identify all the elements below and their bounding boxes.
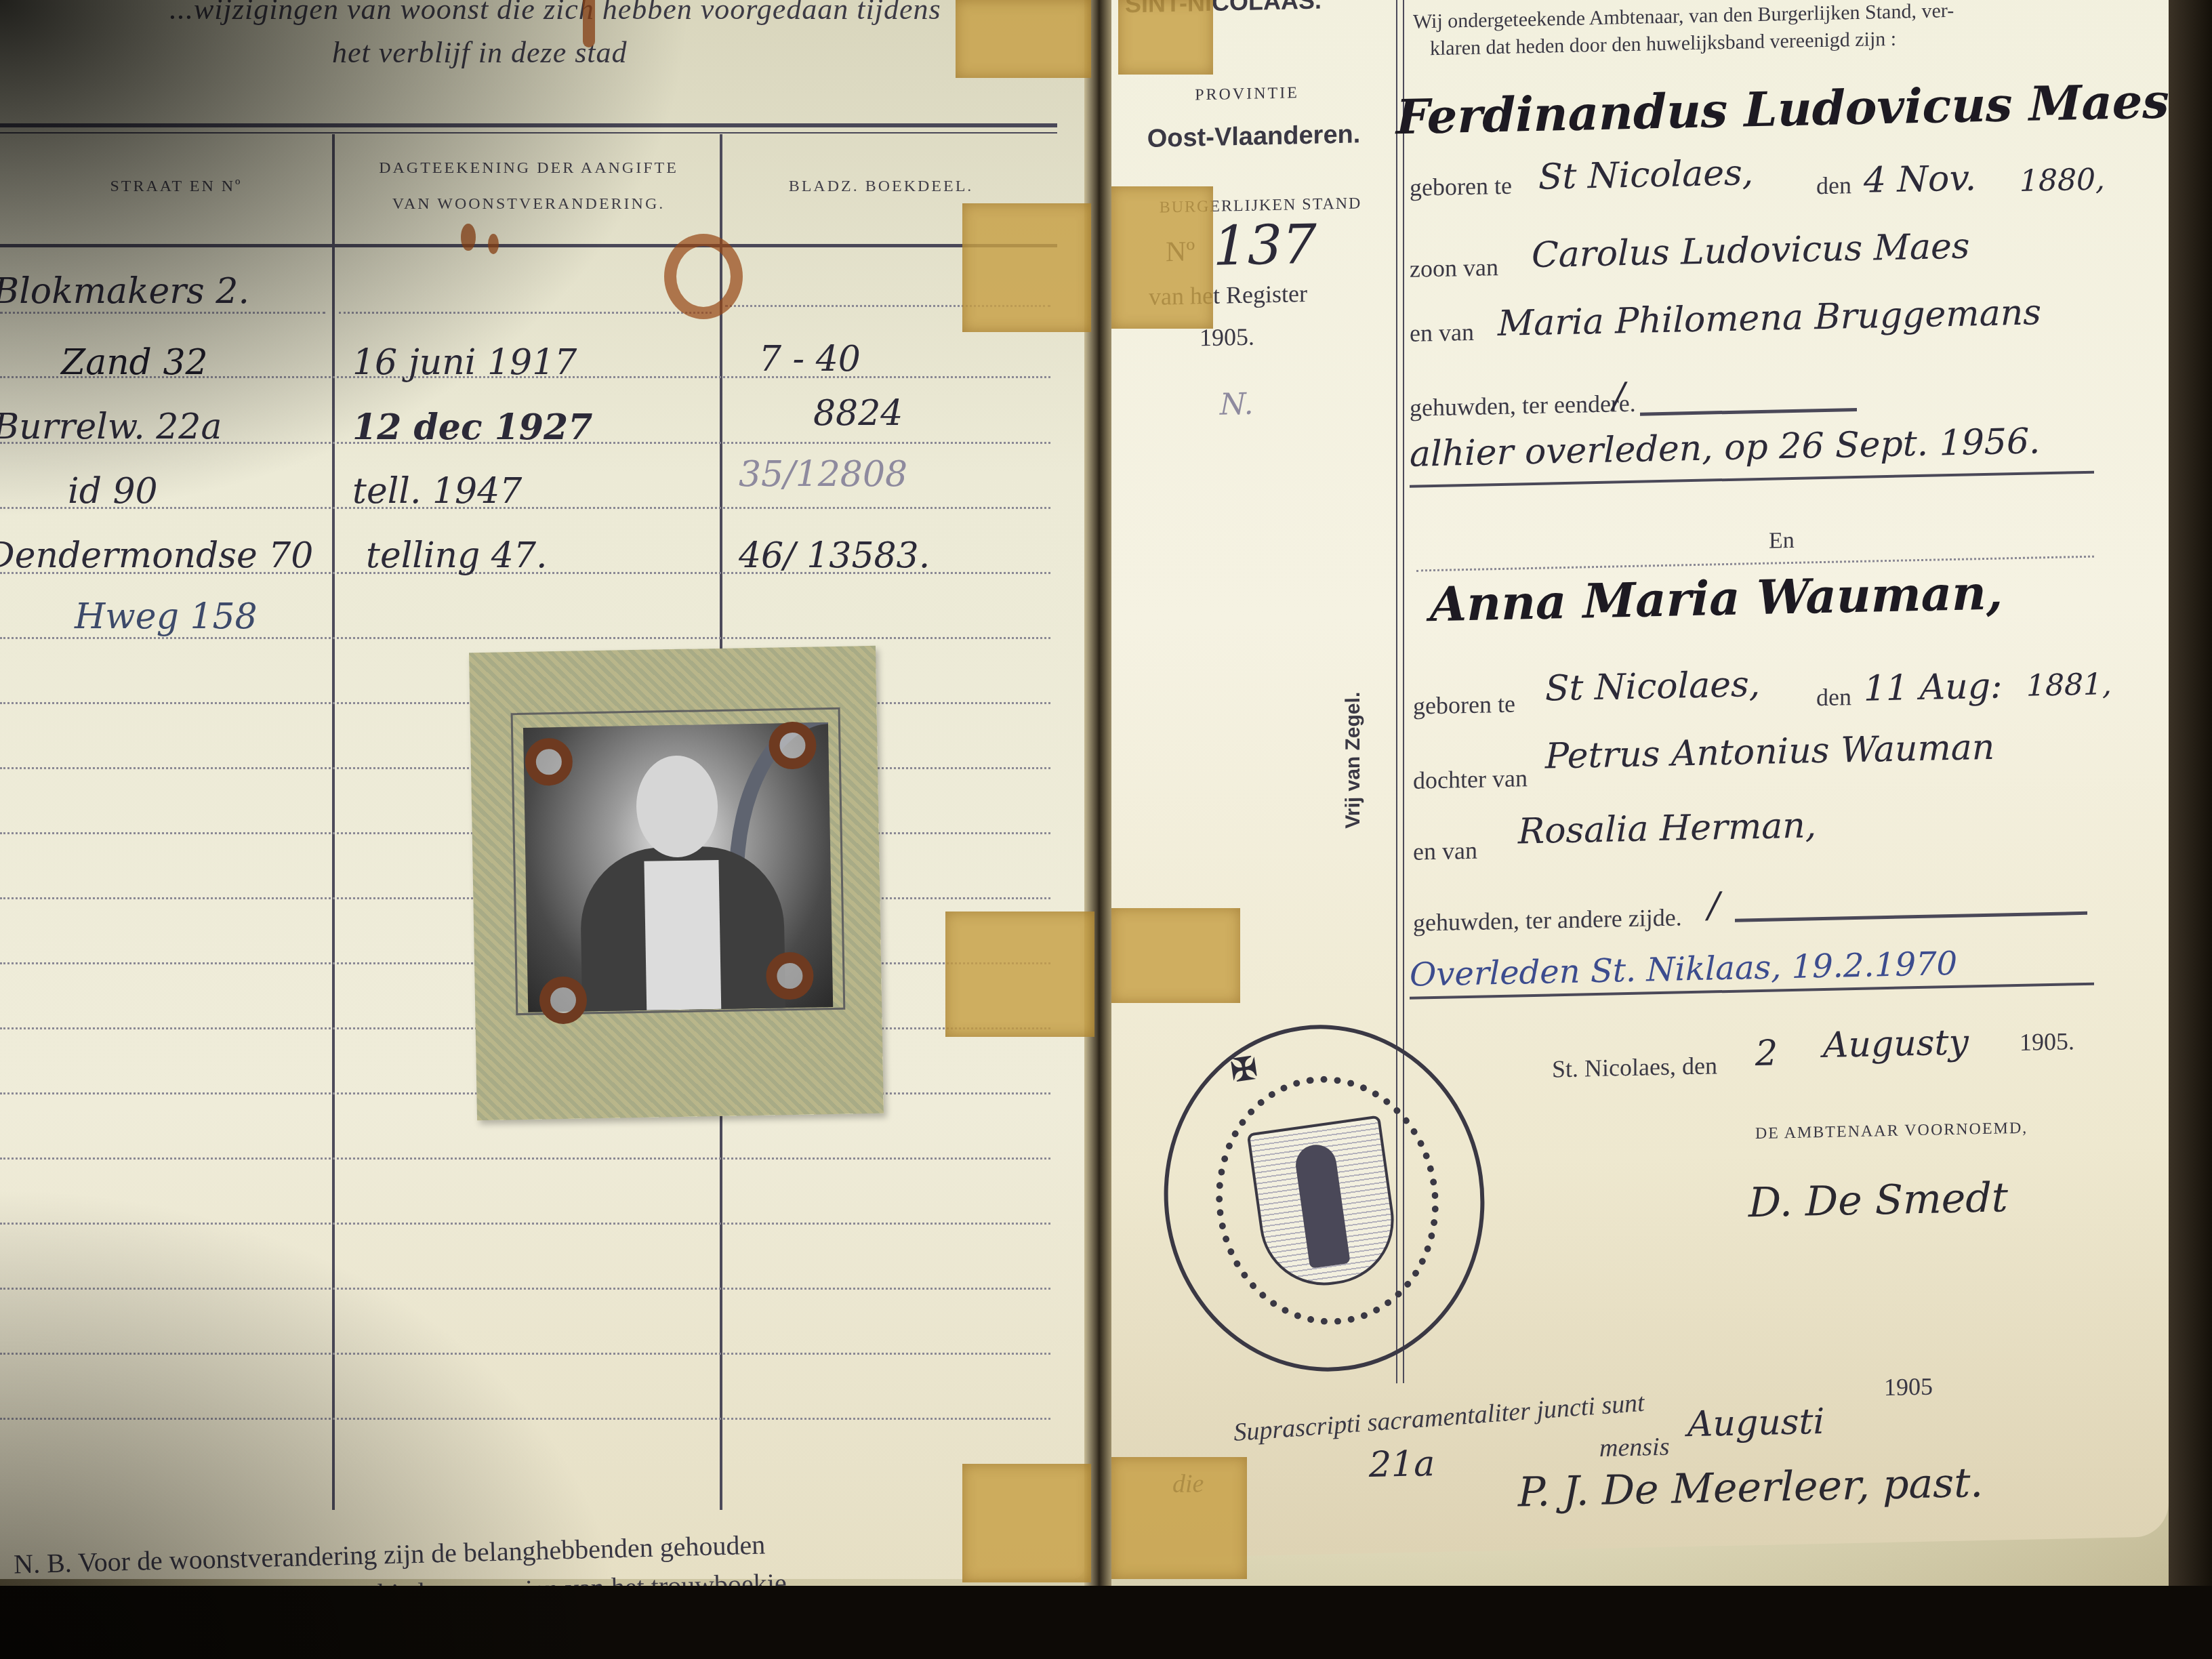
strike-line	[1640, 408, 1857, 416]
bride-married-label: gehuwden, ter andere zijde.	[1413, 903, 1682, 937]
groom-born-year: 1880,	[2020, 162, 2105, 199]
ruled-line	[0, 1418, 1050, 1420]
row-4-date: tell. 1947	[352, 471, 522, 512]
ruled-line	[0, 637, 1050, 639]
groom-married-value: /	[1613, 375, 1625, 416]
church-mensis-value: Augusti	[1687, 1401, 1824, 1445]
groom-born-place: St Nicolaes,	[1538, 152, 1753, 198]
strike-line	[1735, 912, 2087, 922]
adhesive-tape	[945, 912, 1094, 1037]
row-2-page: 7 - 40	[759, 339, 861, 380]
column-header-page: BLADZ. BOEKDEEL.	[725, 178, 1037, 196]
column-header-street: STRAAT EN Nº	[27, 178, 325, 196]
adhesive-tape	[1118, 0, 1213, 75]
church-die-value: 21a	[1369, 1443, 1435, 1486]
photo-subject-apron	[644, 860, 721, 1010]
bride-father: Petrus Antonius Wauman	[1545, 727, 1994, 777]
rust-stain	[461, 224, 476, 251]
adhesive-tape	[962, 1464, 1091, 1582]
row-3-date: 12 dec 1927	[352, 407, 592, 448]
row-5-date: telling 47.	[366, 535, 548, 576]
row-6-street: Hweg 158	[75, 596, 258, 637]
place-date-label: St. Nicolaes, den	[1552, 1051, 1717, 1083]
row-5-street: Dendermondse 70	[0, 535, 313, 576]
margin-mark: N.	[1220, 387, 1254, 422]
portrait-photo-card	[469, 646, 884, 1120]
marriage-booklet-spread: ...wijzigingen van woonst die zich hebbe…	[0, 0, 2212, 1659]
column-header-date-line1: DAGTEEKENING DER AANGIFTE	[339, 159, 718, 178]
province-label: PROVINTIE	[1125, 83, 1369, 106]
photo-subject-head	[636, 755, 719, 858]
groom-son-of-label: zoon van	[1410, 253, 1498, 283]
adhesive-tape	[1111, 908, 1240, 1003]
bride-born-place: St Nicolaes,	[1545, 664, 1760, 710]
groom-mother: Maria Philomena Bruggemans	[1498, 292, 2041, 344]
bride-name: Anna Maria Wauman,	[1430, 564, 2003, 632]
church-mensis-label: mensis	[1599, 1432, 1669, 1463]
place-date-day: 2	[1755, 1033, 1778, 1074]
and-label: En	[1769, 528, 1795, 554]
table-header-rule	[0, 244, 1057, 247]
ruled-line	[339, 312, 712, 314]
groom-and-of-label: en van	[1410, 318, 1474, 348]
row-2-date: 16 juni 1917	[352, 342, 577, 383]
seal-text: ✠	[1229, 1049, 1260, 1089]
eyelet-icon	[539, 976, 587, 1024]
row-5-page: 46/ 13583.	[739, 535, 930, 576]
bride-born-label: geboren te	[1413, 690, 1515, 720]
bride-born-date: 11 Aug:	[1864, 665, 2003, 709]
table-top-rule-thin	[0, 132, 1057, 134]
adhesive-tape	[1111, 186, 1213, 329]
church-year: 1905	[1884, 1372, 1933, 1402]
section-rule	[1410, 471, 2094, 488]
row-4-street: id 90	[68, 471, 158, 512]
rust-stain	[583, 0, 595, 47]
ruled-line	[0, 1223, 1050, 1225]
intro-line-2: klaren dat heden door den huwelijksband …	[1430, 28, 1896, 60]
ruled-line	[0, 312, 325, 314]
ruled-line	[0, 1288, 1050, 1290]
row-4-page: 35/12808	[739, 454, 907, 495]
groom-born-label: geboren te	[1410, 171, 1512, 202]
official-label: DE AMBTENAAR VOORNOEMD,	[1755, 1120, 2028, 1143]
groom-married-label: gehuwden, ter eendere.	[1410, 389, 1636, 422]
groom-name: Ferdinandus Ludovicus Maes,	[1396, 73, 2186, 145]
row-1-street: Blokmakers 2.	[0, 271, 249, 312]
stamp-duty-label: Vrij van Zegel.	[1342, 691, 1365, 828]
groom-death-note: alhier overleden, op 26 Sept. 1956.	[1410, 421, 2041, 474]
table-top-rule	[0, 123, 1057, 127]
rust-ring-stain	[664, 234, 743, 319]
bride-and-of-label: en van	[1413, 836, 1477, 866]
province-name: Oost-Vlaanderen.	[1125, 120, 1382, 155]
bride-born-year: 1881,	[2026, 667, 2112, 703]
column-divider-1	[332, 134, 335, 1510]
groom-born-date: 4 Nov.	[1864, 158, 1976, 201]
groom-date-label: den	[1816, 171, 1851, 200]
adhesive-tape	[956, 0, 1091, 78]
bride-mother: Rosalia Herman,	[1518, 805, 1816, 852]
row-3-page: 8824	[813, 393, 903, 434]
church-note-line-1: Suprascripti sacramentaliter juncti sunt	[1233, 1388, 1645, 1448]
ruled-line	[0, 1353, 1050, 1355]
adhesive-tape	[962, 203, 1091, 332]
table-surface-shadow	[0, 1586, 2212, 1659]
row-2-street: Zand 32	[61, 342, 208, 383]
column-header-date-line2: VAN WOONSTVERANDERING.	[339, 195, 718, 213]
number-value: 137	[1213, 213, 1317, 278]
bride-daughter-of-label: dochter van	[1413, 764, 1528, 795]
row-3-street: Burrelw. 22a	[0, 407, 222, 447]
place-date-month: Augusty	[1823, 1023, 1969, 1066]
priest-signature: P. J. De Meerleer, past.	[1518, 1459, 1983, 1516]
place-date-year: 1905.	[2020, 1027, 2074, 1057]
book-cover-edge	[2169, 0, 2212, 1659]
left-header-line-1: ...wijzigingen van woonst die zich hebbe…	[169, 0, 941, 26]
bride-date-label: den	[1816, 682, 1851, 712]
official-signature: D. De Smedt	[1748, 1174, 2008, 1227]
adhesive-tape	[1111, 1457, 1247, 1579]
bride-married-value: /	[1708, 885, 1720, 926]
rust-stain	[488, 234, 499, 254]
groom-father: Carolus Ludovicus Maes	[1532, 226, 1969, 276]
ruled-line	[0, 1158, 1050, 1160]
